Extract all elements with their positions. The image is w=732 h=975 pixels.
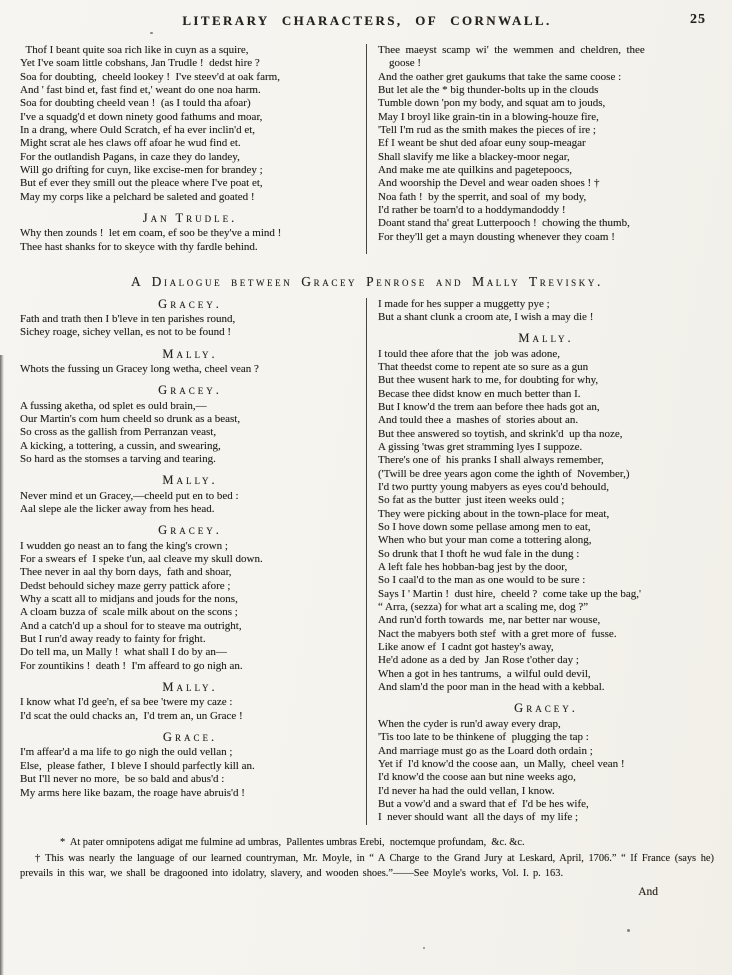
verse-line: And the oather gret gaukums that take th…: [378, 71, 714, 84]
verse-line: And marriage must go as the Loard doth o…: [378, 745, 714, 758]
speaker-name: Gracey.: [20, 298, 360, 311]
verse-right-column: Thee maeyst scamp wi' the wemmen and che…: [366, 44, 714, 254]
dialogue-block: Grace.I'm affear'd a ma life to go nigh …: [20, 731, 360, 800]
verse-line: And woorship the Devel and wear oaden sh…: [378, 177, 714, 190]
dialogue-left-column: Gracey.Fath and trath then I b'leve in t…: [20, 298, 366, 825]
verse-line: I've a squadg'd et down ninety good fath…: [20, 111, 360, 124]
verse-line: But I'll never no more, be so bald and a…: [20, 773, 360, 786]
speaker-name: Mally.: [20, 474, 360, 487]
verse-line: But thee answered so toytish, and skrink…: [378, 428, 714, 441]
dialogue-block: Mally.Never mind et un Gracey,—cheeld pu…: [20, 474, 360, 516]
verse-line: I'd scat the ould chacks an, I'd trem an…: [20, 710, 360, 723]
dialogue-section: Gracey.Fath and trath then I b'leve in t…: [20, 298, 714, 825]
verse-line: Sichey roage, sichey vellan, es not to b…: [20, 326, 360, 339]
verse-line: Thee never in aal thy born days, fath an…: [20, 566, 360, 579]
verse-line: But a vow'd and a sward that ef I'd be h…: [378, 798, 714, 811]
verse-line: Will go drifting for cuyn, like excise-m…: [20, 164, 360, 177]
verse-line: For the outlandish Pagans, in caze they …: [20, 151, 360, 164]
dialogue-right-column: I made for hes supper a muggetty pye ;Bu…: [366, 298, 714, 825]
verse-line: Why then zounds ! let em coam, ef soo be…: [20, 227, 360, 240]
verse-line: There's one of his pranks I shall always…: [378, 454, 714, 467]
dialogue-block: Mally.Whots the fussing un Gracey long w…: [20, 348, 360, 377]
verse-left-column: Thof I beant quite soa rich like in cuyn…: [20, 44, 366, 254]
page-header: LITERARY CHARACTERS, OF CORNWALL. 25: [20, 14, 714, 32]
scan-speck: [150, 32, 153, 34]
scan-speck: [627, 929, 630, 932]
verse-line: ('Twill be dree years agon come the ight…: [378, 468, 714, 481]
footnote-asterisk: * At pater omnipotens adigat me fulmine …: [20, 836, 714, 851]
catchword: And: [20, 886, 714, 899]
verse-line: Nact the mabyers both stef with a gret m…: [378, 628, 714, 641]
verse-line: Thof I beant quite soa rich like in cuyn…: [20, 44, 360, 57]
verse-line: Doant stand tha' great Lutterpooch ! cho…: [378, 217, 714, 230]
verse-line: Ef I weant be shut ded afoar euny soup-m…: [378, 137, 714, 150]
verse-section: Thof I beant quite soa rich like in cuyn…: [20, 44, 714, 254]
verse-lines: Why then zounds ! let em coam, ef soo be…: [20, 227, 360, 254]
verse-line: And tould thee a mashes of stories about…: [378, 414, 714, 427]
dialogue-block: Gracey.Fath and trath then I b'leve in t…: [20, 298, 360, 340]
verse-line: So I caal'd to the man as one would to b…: [378, 574, 714, 587]
verse-line: Like anow ef I cadnt got hastey's away,: [378, 641, 714, 654]
verse-line: My arms here like bazam, the roage have …: [20, 787, 360, 800]
verse-line: Never mind et un Gracey,—cheeld put en t…: [20, 490, 360, 503]
verse-line: They were picking about in the town-plac…: [378, 508, 714, 521]
verse-line: A fussing aketha, od splet es ould brain…: [20, 400, 360, 413]
verse-line: And ' fast bind et, fast find et,' weant…: [20, 84, 360, 97]
speaker-name: Mally.: [20, 681, 360, 694]
verse-lines: Thof I beant quite soa rich like in cuyn…: [20, 44, 360, 204]
dialogue-block: I made for hes supper a muggetty pye ;Bu…: [378, 298, 714, 325]
verse-line: Why a scatt all to midjans and jouds for…: [20, 593, 360, 606]
verse-line: When who but your man come a tottering a…: [378, 534, 714, 547]
speaker-name: Jan Trudle.: [20, 212, 360, 225]
page-number: 25: [690, 13, 706, 26]
verse-line: Yet if I'd know'd the coose aan, un Mall…: [378, 758, 714, 771]
verse-line: He'd adone as a ded by Jan Rose t'other …: [378, 654, 714, 667]
verse-line: And run'd forth towards me, nar better n…: [378, 614, 714, 627]
dialogue-block: Gracey.I wudden go neast an to fang the …: [20, 524, 360, 673]
verse-line: But thee wusent hark to me, for doubting…: [378, 374, 714, 387]
verse-line: For they'll get a mayn dousting whenever…: [378, 231, 714, 244]
verse-line: 'Tell I'm rud as the smith makes the pie…: [378, 124, 714, 137]
running-title: LITERARY CHARACTERS, OF CORNWALL.: [20, 14, 714, 27]
verse-line: I'd two purtty young mabyers as eyes cou…: [378, 481, 714, 494]
footnote-dagger: † This was nearly the language of our le…: [20, 852, 714, 882]
verse-line: Soa for doubting cheeld vean ! (as I tou…: [20, 97, 360, 110]
verse-line: But I run'd away ready to fainty for fri…: [20, 633, 360, 646]
verse-line: I know what I'd gee'n, ef sa bee 'twere …: [20, 696, 360, 709]
verse-line: Aal slepe ale the licker away from hes h…: [20, 503, 360, 516]
verse-line: For zountikins ! death ! I'm affeard to …: [20, 660, 360, 673]
verse-line: So drunk that I thoft he wud fale in the…: [378, 548, 714, 561]
verse-line: Dedst behould sichey maze gerry pattick …: [20, 580, 360, 593]
verse-line: Thee hast shanks for to skeyce with thy …: [20, 241, 360, 254]
verse-line: So fat as the butter just iteen weeks ou…: [378, 494, 714, 507]
dialogue-block: Gracey.When the cyder is run'd away ever…: [378, 702, 714, 824]
verse-line: I'd never ha had the ould vellan, I know…: [378, 785, 714, 798]
verse-line: I'm affear'd a ma life to go nigh the ou…: [20, 746, 360, 759]
verse-line: I'd know'd the coose aan but nine weeks …: [378, 771, 714, 784]
speaker-name: Mally.: [20, 348, 360, 361]
verse-lines: Thee maeyst scamp wi' the wemmen and che…: [378, 44, 714, 244]
scan-edge-artifact: [0, 355, 4, 975]
verse-line: Our Martin's com hum cheeld so drunk as …: [20, 413, 360, 426]
dialogue-heading: A Dialogue between Gracey Penrose and Ma…: [20, 275, 714, 288]
verse-line: Do tell ma, un Mally ! what shall I do b…: [20, 646, 360, 659]
verse-line: So I hove down some pellase among men to…: [378, 521, 714, 534]
verse-line: So cross as the gallish from Perranzan v…: [20, 426, 360, 439]
verse-line: When the cyder is run'd away every drap,: [378, 718, 714, 731]
verse-line: Noa fath ! by the sperrit, and soal of m…: [378, 191, 714, 204]
verse-line: “ Arra, (sezza) for what art a scaling m…: [378, 601, 714, 614]
dialogue-block: Mally.I tould thee afore that the job wa…: [378, 332, 714, 694]
scan-speck: [423, 947, 425, 949]
verse-line: I tould thee afore that the job was adon…: [378, 348, 714, 361]
verse-line: Whots the fussing un Gracey long wetha, …: [20, 363, 360, 376]
verse-line: I never should want all the days of my l…: [378, 811, 714, 824]
verse-line: Thee maeyst scamp wi' the wemmen and che…: [378, 44, 714, 57]
verse-line: Says I ' Martin ! dust hire, cheeld ? co…: [378, 588, 714, 601]
verse-line: May I broyl like grain-tin in a blowing-…: [378, 111, 714, 124]
verse-line: But I know'd the trem aan before thee ha…: [378, 401, 714, 414]
verse-line: Tumble down 'pon my body, and squat am t…: [378, 97, 714, 110]
verse-line: But let ale the * big thunder-bolts up i…: [378, 84, 714, 97]
verse-line: Fath and trath then I b'leve in ten pari…: [20, 313, 360, 326]
verse-line: But a shant clunk a croom ate, I wish a …: [378, 311, 714, 324]
speaker-name: Gracey.: [20, 384, 360, 397]
verse-line: A gissing 'twas gret stramming lyes I su…: [378, 441, 714, 454]
verse-line: Else, please father, I bleve I should pa…: [20, 760, 360, 773]
verse-line: Soa for doubting, cheeld lookey ! I've s…: [20, 71, 360, 84]
speaker-name: Mally.: [378, 332, 714, 345]
verse-line: Yet I've soam little cobshans, Jan Trudl…: [20, 57, 360, 70]
verse-line: A kicking, a tottering, a cussin, and sw…: [20, 440, 360, 453]
verse-line: I made for hes supper a muggetty pye ;: [378, 298, 714, 311]
verse-line: Shall slavify me like a blackey-moor neg…: [378, 151, 714, 164]
verse-line: And make me ate quilkins and pagetepoocs…: [378, 164, 714, 177]
scanned-book-page: LITERARY CHARACTERS, OF CORNWALL. 25 Tho…: [0, 0, 732, 975]
verse-line: May my corps like a pelchard be saleted …: [20, 191, 360, 204]
verse-line: And slam'd the poor man in the head with…: [378, 681, 714, 694]
verse-line: A cloam buzza of scale milk about on the…: [20, 606, 360, 619]
dialogue-block: Mally.I know what I'd gee'n, ef sa bee '…: [20, 681, 360, 723]
verse-line: Might scrat ale hes claws off afoar he w…: [20, 137, 360, 150]
verse-line: goose !: [378, 57, 714, 70]
verse-line: When a got in hes tantrums, a wilful oul…: [378, 668, 714, 681]
dialogue-block: Gracey.A fussing aketha, od splet es oul…: [20, 384, 360, 466]
speaker-name: Gracey.: [378, 702, 714, 715]
verse-line: I'd rather be toarn'd to a hoddymandoddy…: [378, 204, 714, 217]
verse-line: For a swears ef I speke t'un, aal cleave…: [20, 553, 360, 566]
verse-line: I wudden go neast an to fang the king's …: [20, 540, 360, 553]
verse-line: But ef ever they smill out the pleace wh…: [20, 177, 360, 190]
verse-line: 'Tis too late to be thinkene of plugging…: [378, 731, 714, 744]
verse-line: So hard as the stomses a tarving and tea…: [20, 453, 360, 466]
verse-line: Becase thee didst know en much better th…: [378, 388, 714, 401]
verse-line: In a drang, where Ould Scratch, ef ha ev…: [20, 124, 360, 137]
speaker-name: Gracey.: [20, 524, 360, 537]
footnotes: * At pater omnipotens adigat me fulmine …: [20, 836, 714, 883]
verse-line: And a catch'd up a shoul for to steave m…: [20, 620, 360, 633]
verse-line: That theedst come to repent ate so sure …: [378, 361, 714, 374]
verse-line: A left fale hes hobban-bag jest by the d…: [378, 561, 714, 574]
speaker-name: Grace.: [20, 731, 360, 744]
